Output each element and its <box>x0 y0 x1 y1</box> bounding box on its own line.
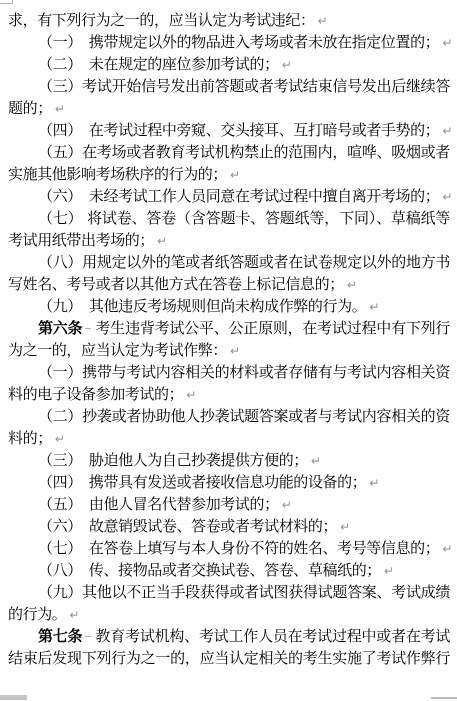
text-line: （八）用规定以外的笔或者纸答题或者在试卷规定以外的地方书 <box>8 251 450 273</box>
text-line: 求，有下列行为之一的，应当认定为考试违纪：↵ <box>8 9 450 31</box>
text-line: （三）考试开始信号发出前答题或者考试结束信号发出后继续答 <box>8 75 450 97</box>
paragraph-mark-icon: ↵ <box>55 432 65 446</box>
line-text: 教育考试机构、考试工作人员在考试过程中或者在考试 <box>95 627 450 645</box>
paragraph-mark-icon: ↵ <box>230 168 240 182</box>
paragraph-mark-icon: ↵ <box>340 520 350 534</box>
text-line: 料的电子设备参加考试的；↵ <box>8 383 450 405</box>
text-line: （九）其他以不正当手段获得或者试图获得试题答案、考试成绩 <box>8 581 450 603</box>
text-line: （一）携带与考试内容相关的材料或者存储有与考试内容相关资 <box>8 361 450 383</box>
text-line: （五）在考场或者教育考试机构禁止的范围内，喧哗、吸烟或者 <box>8 141 450 163</box>
paragraph-mark-icon: ↵ <box>384 564 394 578</box>
text-line: （四） 在考试过程中旁窥、交头接耳、互打暗号或者手势的；↵ <box>8 119 450 141</box>
paragraph-mark-icon: ↵ <box>282 58 292 72</box>
line-text: （四） 携带具有发送或者接收信息功能的设备的； <box>38 473 366 491</box>
text-line: 考试用纸带出考场的；↵ <box>8 229 450 251</box>
paragraph-mark-icon: ↵ <box>369 476 379 490</box>
text-line: （七） 在答卷上填写与本人身份不符的姓名、考号等信息的；↵ <box>8 537 450 559</box>
page-edge-fragment-bottom-right <box>431 697 457 699</box>
text-line: （六） 未经考试工作人员同意在考试过程中擅自离开考场的；↵ <box>8 185 450 207</box>
text-line: 的行为。↵ <box>8 603 450 625</box>
text-line: 题的；↵ <box>8 97 450 119</box>
line-text: （一）携带与考试内容相关的材料或者存储有与考试内容相关资 <box>38 363 450 381</box>
paragraph-mark-icon: ↵ <box>282 498 292 512</box>
text-line: （二）抄袭或者协助他人抄袭试题答案或者与考试内容相关的资 <box>8 405 450 427</box>
text-line: （四） 携带具有发送或者接收信息功能的设备的；↵ <box>8 471 450 493</box>
page-edge-fragment-bottom-left <box>0 695 27 700</box>
paragraph-mark-icon: ↵ <box>157 234 167 248</box>
line-text: （六） 故意销毁试卷、答卷或者考试材料的； <box>38 517 337 535</box>
text-line: 第六条考生违背考试公平、公正原则，在考试过程中有下列行 <box>8 317 450 339</box>
line-text: （二） 未在规定的座位参加考试的； <box>38 55 279 73</box>
text-line: （九） 其他违反考场规则但尚未构成作弊的行为。↵ <box>8 295 450 317</box>
line-text: （七） 在答卷上填写与本人身份不符的姓名、考号等信息的； <box>38 539 439 557</box>
paragraph-mark-icon: ↵ <box>442 542 452 556</box>
line-text: （三）考试开始信号发出前答题或者考试结束信号发出后继续答 <box>38 77 450 95</box>
page-corner-mark <box>12 0 13 4</box>
line-text: （八） 传、接物品或者交换试卷、答卷、草稿纸的； <box>38 561 381 579</box>
text-line: （三） 胁迫他人为自己抄袭提供方便的；↵ <box>8 449 450 471</box>
line-text: 考试用纸带出考场的； <box>8 231 154 249</box>
text-line: 实施其他影响考场秩序的行为的；↵ <box>8 163 450 185</box>
line-text: （七） 将试卷、答卷（含答题卡、答题纸等，下同）、草稿纸等 <box>38 209 450 227</box>
fullwidth-space-mark-icon <box>85 636 91 637</box>
line-text: 为之一的，应当认定为考试作弊： <box>8 341 227 359</box>
line-text: 料的； <box>8 429 52 447</box>
paragraph-mark-icon: ↵ <box>442 36 452 50</box>
text-line: 料的；↵ <box>8 427 450 449</box>
line-text: （五） 由他人冒名代替参加考试的； <box>38 495 279 513</box>
paragraph-mark-icon: ↵ <box>55 102 65 116</box>
line-text: （六） 未经考试工作人员同意在考试过程中擅自离开考场的； <box>38 187 439 205</box>
text-line: （二） 未在规定的座位参加考试的；↵ <box>8 53 450 75</box>
text-line: （八） 传、接物品或者交换试卷、答卷、草稿纸的；↵ <box>8 559 450 581</box>
paragraph-mark-icon: ↵ <box>442 124 452 138</box>
line-text: 结束后发现下列行为之一的，应当认定相关的考生实施了考试作弊行 <box>8 649 450 667</box>
text-line: （七） 将试卷、答卷（含答题卡、答题纸等，下同）、草稿纸等 <box>8 207 450 229</box>
line-text: 实施其他影响考场秩序的行为的； <box>8 165 227 183</box>
document-page: 求，有下列行为之一的，应当认定为考试违纪：↵ （一） 携带规定以外的物品进入考场… <box>0 0 457 701</box>
document-body: 求，有下列行为之一的，应当认定为考试违纪：↵ （一） 携带规定以外的物品进入考场… <box>8 9 450 669</box>
line-text: （一） 携带规定以外的物品进入考场或者未放在指定位置的； <box>38 33 439 51</box>
line-text: （四） 在考试过程中旁窥、交头接耳、互打暗号或者手势的； <box>38 121 439 139</box>
text-line: （五） 由他人冒名代替参加考试的；↵ <box>8 493 450 515</box>
line-text: （九）其他以不正当手段获得或者试图获得试题答案、考试成绩 <box>38 583 450 601</box>
line-text: （三） 胁迫他人为自己抄袭提供方便的； <box>38 451 308 469</box>
text-line: （一） 携带规定以外的物品进入考场或者未放在指定位置的；↵ <box>8 31 450 53</box>
line-text: （二）抄袭或者协助他人抄袭试题答案或者与考试内容相关的资 <box>38 407 450 425</box>
article-number: 第六条 <box>38 319 82 337</box>
paragraph-mark-icon: ↵ <box>442 190 452 204</box>
text-line: （六） 故意销毁试卷、答卷或者考试材料的；↵ <box>8 515 450 537</box>
line-text: （八）用规定以外的笔或者纸答题或者在试卷规定以外的地方书 <box>38 253 450 271</box>
paragraph-mark-icon: ↵ <box>311 454 321 468</box>
paragraph-mark-icon: ↵ <box>347 278 357 292</box>
line-text: 求，有下列行为之一的，应当认定为考试违纪： <box>8 11 315 29</box>
paragraph-mark-icon: ↵ <box>318 14 328 28</box>
paragraph-mark-icon: ↵ <box>186 388 196 402</box>
text-line: 结束后发现下列行为之一的，应当认定相关的考生实施了考试作弊行 <box>8 647 450 669</box>
line-text: （九） 其他违反考场规则但尚未构成作弊的行为。 <box>38 297 366 315</box>
line-text: 料的电子设备参加考试的； <box>8 385 183 403</box>
text-line: 为之一的，应当认定为考试作弊：↵ <box>8 339 450 361</box>
paragraph-mark-icon: ↵ <box>230 344 240 358</box>
line-text: 题的； <box>8 99 52 117</box>
text-line: 写姓名、考号或者以其他方式在答卷上标记信息的；↵ <box>8 273 450 295</box>
line-text: （五）在考场或者教育考试机构禁止的范围内，喧哗、吸烟或者 <box>38 143 450 161</box>
article-number: 第七条 <box>38 627 82 645</box>
line-text: 写姓名、考号或者以其他方式在答卷上标记信息的； <box>8 275 344 293</box>
paragraph-mark-icon: ↵ <box>369 300 379 314</box>
line-text: 考生违背考试公平、公正原则，在考试过程中有下列行 <box>95 319 450 337</box>
paragraph-mark-icon: ↵ <box>69 608 79 622</box>
fullwidth-space-mark-icon <box>85 328 91 329</box>
text-line: 第七条教育考试机构、考试工作人员在考试过程中或者在考试 <box>8 625 450 647</box>
line-text: 的行为。 <box>8 605 66 623</box>
